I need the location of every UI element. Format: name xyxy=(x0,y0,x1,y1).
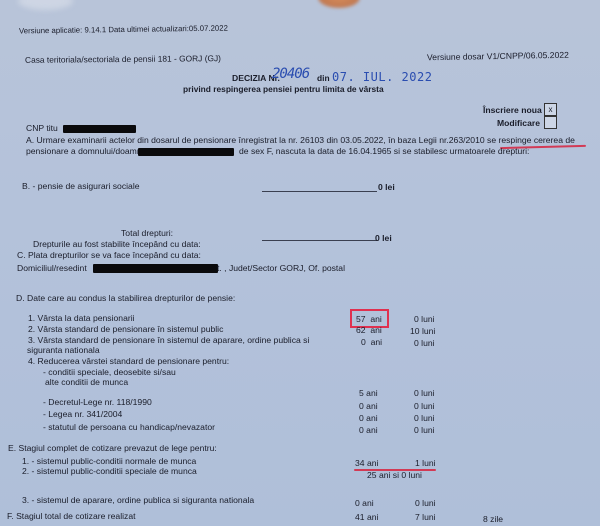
months-unit: luni xyxy=(421,314,434,324)
years-unit: ani xyxy=(366,425,377,435)
d-row3-label2: siguranta nationala xyxy=(27,346,100,355)
decision-subtitle: privind respingerea pensiei pentru limit… xyxy=(183,85,384,94)
section-b-label: B. - pensie de asigurari sociale xyxy=(22,182,140,191)
years-value: 5 xyxy=(359,388,364,398)
e-row2-value: 25 ani si 0 luni xyxy=(367,471,422,480)
reduction1-years: 5 ani xyxy=(359,389,378,398)
reduction4-months: 0 luni xyxy=(414,426,435,435)
e-row2-label: 2. - sistemul public-conditii speciale d… xyxy=(22,467,197,476)
file-version: Versiune dosar V1/CNPP/06.05.2022 xyxy=(427,51,569,63)
months-unit: luni xyxy=(421,401,434,411)
reduction4-label: - statutul de persoana cu handicap/nevaz… xyxy=(43,423,215,432)
section-b-line xyxy=(262,191,377,192)
reduction2-label: - Decretul-Lege nr. 118/1990 xyxy=(43,398,152,407)
redacted-cnp xyxy=(63,125,136,133)
address-start: Domiciliul/resedint xyxy=(17,264,87,273)
total-rights-label: Total drepturi: xyxy=(121,229,173,238)
months-unit: luni xyxy=(421,425,434,435)
f-years: 41 ani xyxy=(355,513,378,522)
months-value: 0 xyxy=(414,425,419,435)
cnp-label: CNP titu xyxy=(26,124,58,133)
reduction3-months: 0 luni xyxy=(414,414,435,423)
f-days: 8 zile xyxy=(483,515,503,524)
redacted-address xyxy=(93,264,218,273)
months-value: 0 xyxy=(414,338,419,348)
pension-decision-document: Versiune aplicatie: 9.14.1 Data ultimei … xyxy=(0,0,600,526)
app-version: Versiune aplicatie: 9.14.1 Data ultimei … xyxy=(19,25,228,36)
d-row1-months: 0 luni xyxy=(414,315,435,324)
years-unit: ani xyxy=(366,388,377,398)
e-row3-months: 0 luni xyxy=(415,499,436,508)
d-row1-label: 1. Vârsta la data pensionarii xyxy=(28,314,135,323)
reduction2-months: 0 luni xyxy=(414,402,435,411)
d-row3-years: 0 ani xyxy=(361,338,382,347)
finger-tip xyxy=(318,0,360,8)
section-b-value: 0 lei xyxy=(378,183,395,192)
address-end: t. , Judet/Sector GORJ, Of. postal xyxy=(217,264,345,273)
years-value: 0 xyxy=(359,413,364,423)
d-row2-months: 10 luni xyxy=(410,327,435,336)
rights-start-label: Drepturile au fost stabilite începând cu… xyxy=(33,240,201,249)
new-enrollment-checkbox[interactable]: x xyxy=(544,103,557,116)
months-value: 0 xyxy=(414,413,419,423)
e-row1-years: 34 ani xyxy=(355,459,378,468)
section-a-line2-end: de sex F, nascuta la data de 16.04.1965 … xyxy=(239,147,529,156)
years-value: 62 xyxy=(356,325,366,335)
e-row1-months: 1 luni xyxy=(415,459,436,468)
months-value: 0 xyxy=(414,401,419,411)
e-row3-label: 3. - sistemul de aparare, ordine publica… xyxy=(22,496,254,505)
d-row3-months: 0 luni xyxy=(414,339,435,348)
section-a-text: A. Urmare examinarii actelor din dosarul… xyxy=(26,135,487,145)
checkbox-label-new: Înscriere noua xyxy=(483,106,542,115)
section-d-title: D. Date care au condus la stabilirea dre… xyxy=(16,294,235,303)
months-unit: luni xyxy=(421,338,434,348)
months-unit: luni xyxy=(421,413,434,423)
glare-smudge xyxy=(18,0,73,10)
reduction3-years: 0 ani xyxy=(359,414,378,423)
years-unit: ani xyxy=(370,325,381,335)
section-c-label: C. Plata drepturilor se va face începând… xyxy=(17,251,201,260)
reduction4-years: 0 ani xyxy=(359,426,378,435)
years-unit: ani xyxy=(366,401,377,411)
section-f-label: F. Stagiul total de cotizare realizat xyxy=(7,512,136,521)
d-row2-years: 62 ani xyxy=(356,326,382,335)
years-unit: ani xyxy=(371,337,382,347)
total-rights-value: 0 lei xyxy=(375,234,392,243)
section-a-text-end: de xyxy=(563,135,575,145)
months-value: 0 xyxy=(414,388,419,398)
decision-number: 20406 xyxy=(272,67,309,82)
months-value: 0 xyxy=(414,314,419,324)
years-unit: ani xyxy=(366,413,377,423)
institution: Casa teritoriala/sectoriala de pensii 18… xyxy=(25,54,221,65)
e-row3-years: 0 ani xyxy=(355,499,374,508)
reduction2-years: 0 ani xyxy=(359,402,378,411)
f-months: 7 luni xyxy=(415,513,436,522)
reduction1-months: 0 luni xyxy=(414,389,435,398)
decision-date: 07. IUL. 2022 xyxy=(332,71,432,84)
modification-checkbox[interactable] xyxy=(544,116,557,129)
reduction3-label: - Legea nr. 341/2004 xyxy=(43,410,122,419)
d-row2-label: 2. Vârsta standard de pensionare în sist… xyxy=(28,325,223,334)
years-value: 0 xyxy=(361,337,366,347)
section-e-title: E. Stagiul complet de cotizare prevazut … xyxy=(8,444,217,453)
redacted-name xyxy=(138,148,234,156)
rejection-phrase: se respinge cererea xyxy=(487,135,563,145)
reduction-title: 4. Reducerea vârstei standard de pension… xyxy=(28,357,229,366)
months-value: 10 xyxy=(410,326,420,336)
section-a-line2-start: pensionare a domnului/doamn xyxy=(26,147,142,156)
checkbox-label-modify: Modificare xyxy=(497,119,540,128)
total-rights-line xyxy=(262,240,377,241)
reduction1-label2: alte conditii de munca xyxy=(45,378,128,387)
years-value: 0 xyxy=(359,401,364,411)
months-unit: luni xyxy=(421,388,434,398)
din-label: din xyxy=(317,74,330,83)
months-unit: luni xyxy=(422,326,435,336)
section-a-line1: A. Urmare examinarii actelor din dosarul… xyxy=(26,136,575,145)
years-value: 0 xyxy=(359,425,364,435)
